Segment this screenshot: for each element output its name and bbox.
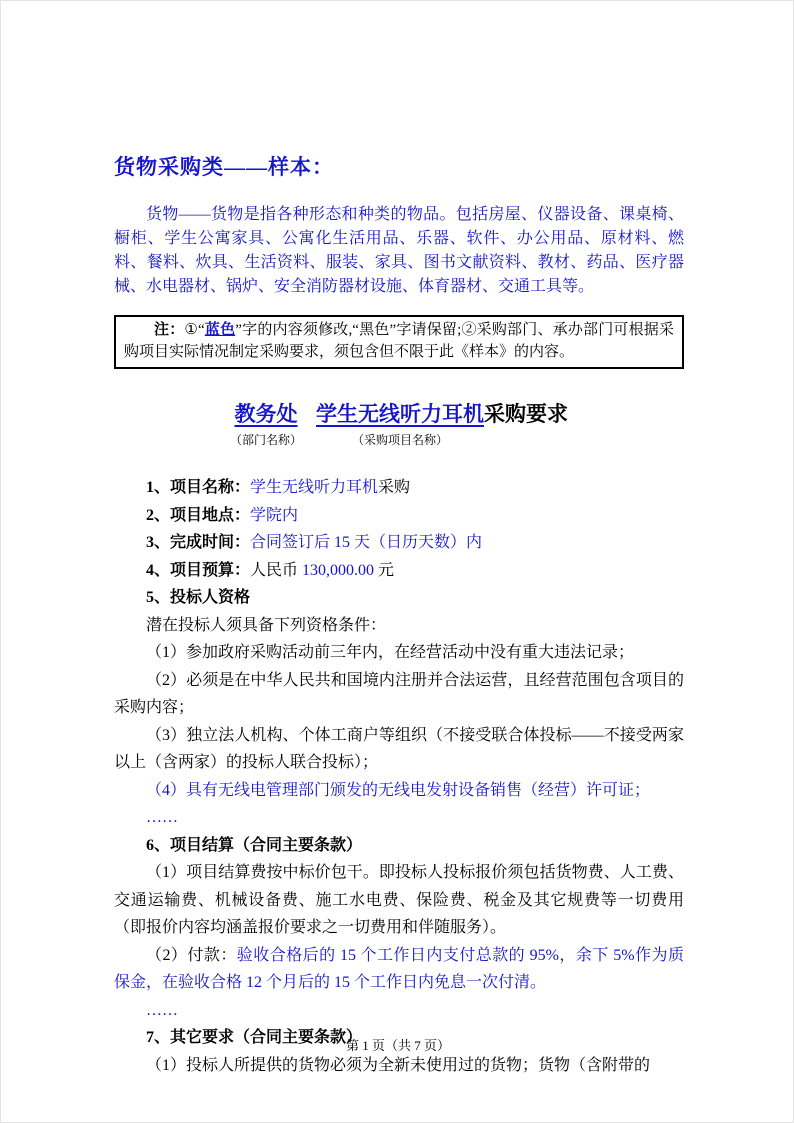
qualification-intro: 潜在投标人须具备下列资格条件： [114, 612, 684, 640]
project-name: 学生无线听力耳机 [316, 401, 484, 428]
heading-project-part: 学生无线听力耳机 （采购项目名称） [316, 401, 484, 448]
qualification-1: （1）参加政府采购活动前三年内，在经营活动中没有重大违法记录； [114, 639, 684, 667]
settlement-1: （1）项目结算费按中标价包干。即投标人投标报价须包括货物费、人工费、交通运输费、… [114, 859, 684, 942]
text-run: （1）参加政府采购活动前三年内，在经营活动中没有重大违法记录； [146, 644, 634, 661]
text-run: 2、项目地点： [146, 507, 250, 524]
document-title: 货物采购类——样本： [114, 151, 684, 181]
text-run: 注： [154, 322, 184, 338]
qualification-4: （4）具有无线电管理部门颁发的无线电发射设备销售（经营）许可证； [114, 777, 684, 805]
text-run: （1）项目结算费按中标价包干。即投标人投标报价须包括货物费、人工费、交通运输费、… [114, 864, 684, 936]
text-run: ①“ [184, 322, 204, 338]
settlement-2-payment: （2）付款：验收合格后的 15 个工作日内支付总款的 95%，余下 5%作为质保… [114, 942, 684, 997]
text-run: （2）必须是在中华人民共和国境内注册并合法运营，且经营范围包含项目的采购内容； [114, 672, 684, 717]
text-run: …… [146, 1002, 178, 1019]
text-run: 合同签订后 15 天（日历天数）内 [250, 534, 482, 551]
item-project-name: 1、项目名称：学生无线听力耳机采购 [114, 474, 684, 502]
text-run: 人民币 [250, 562, 302, 579]
project-label: （采购项目名称） [352, 431, 448, 448]
text-run: 6、项目结算（合同主要条款） [146, 837, 362, 854]
document-page: 货物采购类——样本： 货物——货物是指各种形态和种类的物品。包括房屋、仪器设备、… [0, 0, 794, 1123]
procurement-heading: 教务处 （部门名称） 学生无线听力耳机 （采购项目名称） 采购要求 [114, 401, 684, 448]
document-content: 货物采购类——样本： 货物——货物是指各种形态和种类的物品。包括房屋、仪器设备、… [114, 1, 684, 1079]
department-label: （部门名称） [230, 431, 302, 448]
ellipsis-1: …… [114, 804, 684, 832]
text-run: 采购 [378, 479, 410, 496]
text-run: 4、项目预算： [146, 562, 250, 579]
text-run: 学院内 [250, 507, 298, 524]
qualification-2: （2）必须是在中华人民共和国境内注册并合法运营，且经营范围包含项目的采购内容； [114, 667, 684, 722]
heading-suffix-part: 采购要求 [484, 401, 568, 428]
item-project-budget: 4、项目预算：人民币 130,000.00 元 [114, 557, 684, 585]
text-run: 潜在投标人须具备下列资格条件： [146, 617, 386, 634]
text-run: …… [146, 809, 178, 826]
note-box: 注：①“蓝色”字的内容须修改,“黑色”字请保留;②采购部门、承办部门可根据采购项… [114, 315, 684, 369]
item-project-location: 2、项目地点：学院内 [114, 502, 684, 530]
text-run: （3）独立法人机构、个体工商户等组织（不接受联合体投标——不接受两家以上（含两家… [114, 727, 684, 772]
text-run: （4）具有无线电管理部门颁发的无线电发射设备销售（经营）许可证； [146, 782, 650, 799]
text-run: 130,000.00 [302, 562, 374, 579]
text-run: 元 [374, 562, 394, 579]
text-run: （2）付款： [146, 947, 237, 964]
body-paragraphs: 1、项目名称：学生无线听力耳机采购2、项目地点：学院内3、完成时间：合同签订后 … [114, 474, 684, 1079]
qualification-3: （3）独立法人机构、个体工商户等组织（不接受联合体投标——不接受两家以上（含两家… [114, 722, 684, 777]
text-run: 3、完成时间： [146, 534, 250, 551]
note-text: 注：①“蓝色”字的内容须修改,“黑色”字请保留;②采购部门、承办部门可根据采购项… [124, 319, 674, 363]
ellipsis-2: …… [114, 997, 684, 1025]
item-completion-time: 3、完成时间：合同签订后 15 天（日历天数）内 [114, 529, 684, 557]
item-settlement: 6、项目结算（合同主要条款） [114, 832, 684, 860]
goods-definition-paragraph: 货物——货物是指各种形态和种类的物品。包括房屋、仪器设备、课桌椅、橱柜、学生公寓… [114, 203, 684, 299]
department-name: 教务处 [234, 401, 297, 428]
text-run: 蓝色 [205, 322, 236, 338]
text-run: 1、项目名称： [146, 479, 250, 496]
text-run: （1）投标人所提供的货物必须为全新未使用过的货物；货物（含附带的 [146, 1057, 650, 1074]
other-requirement-1: （1）投标人所提供的货物必须为全新未使用过的货物；货物（含附带的 [114, 1052, 684, 1080]
item-bidder-qualification: 5、投标人资格 [114, 584, 684, 612]
heading-department-part: 教务处 （部门名称） [230, 401, 302, 448]
page-footer: 第 1 页（共 7 页） [1, 1035, 794, 1054]
heading-suffix: 采购要求 [484, 401, 568, 428]
text-run: 学生无线听力耳机 [250, 479, 378, 496]
text-run: 5、投标人资格 [146, 589, 250, 606]
